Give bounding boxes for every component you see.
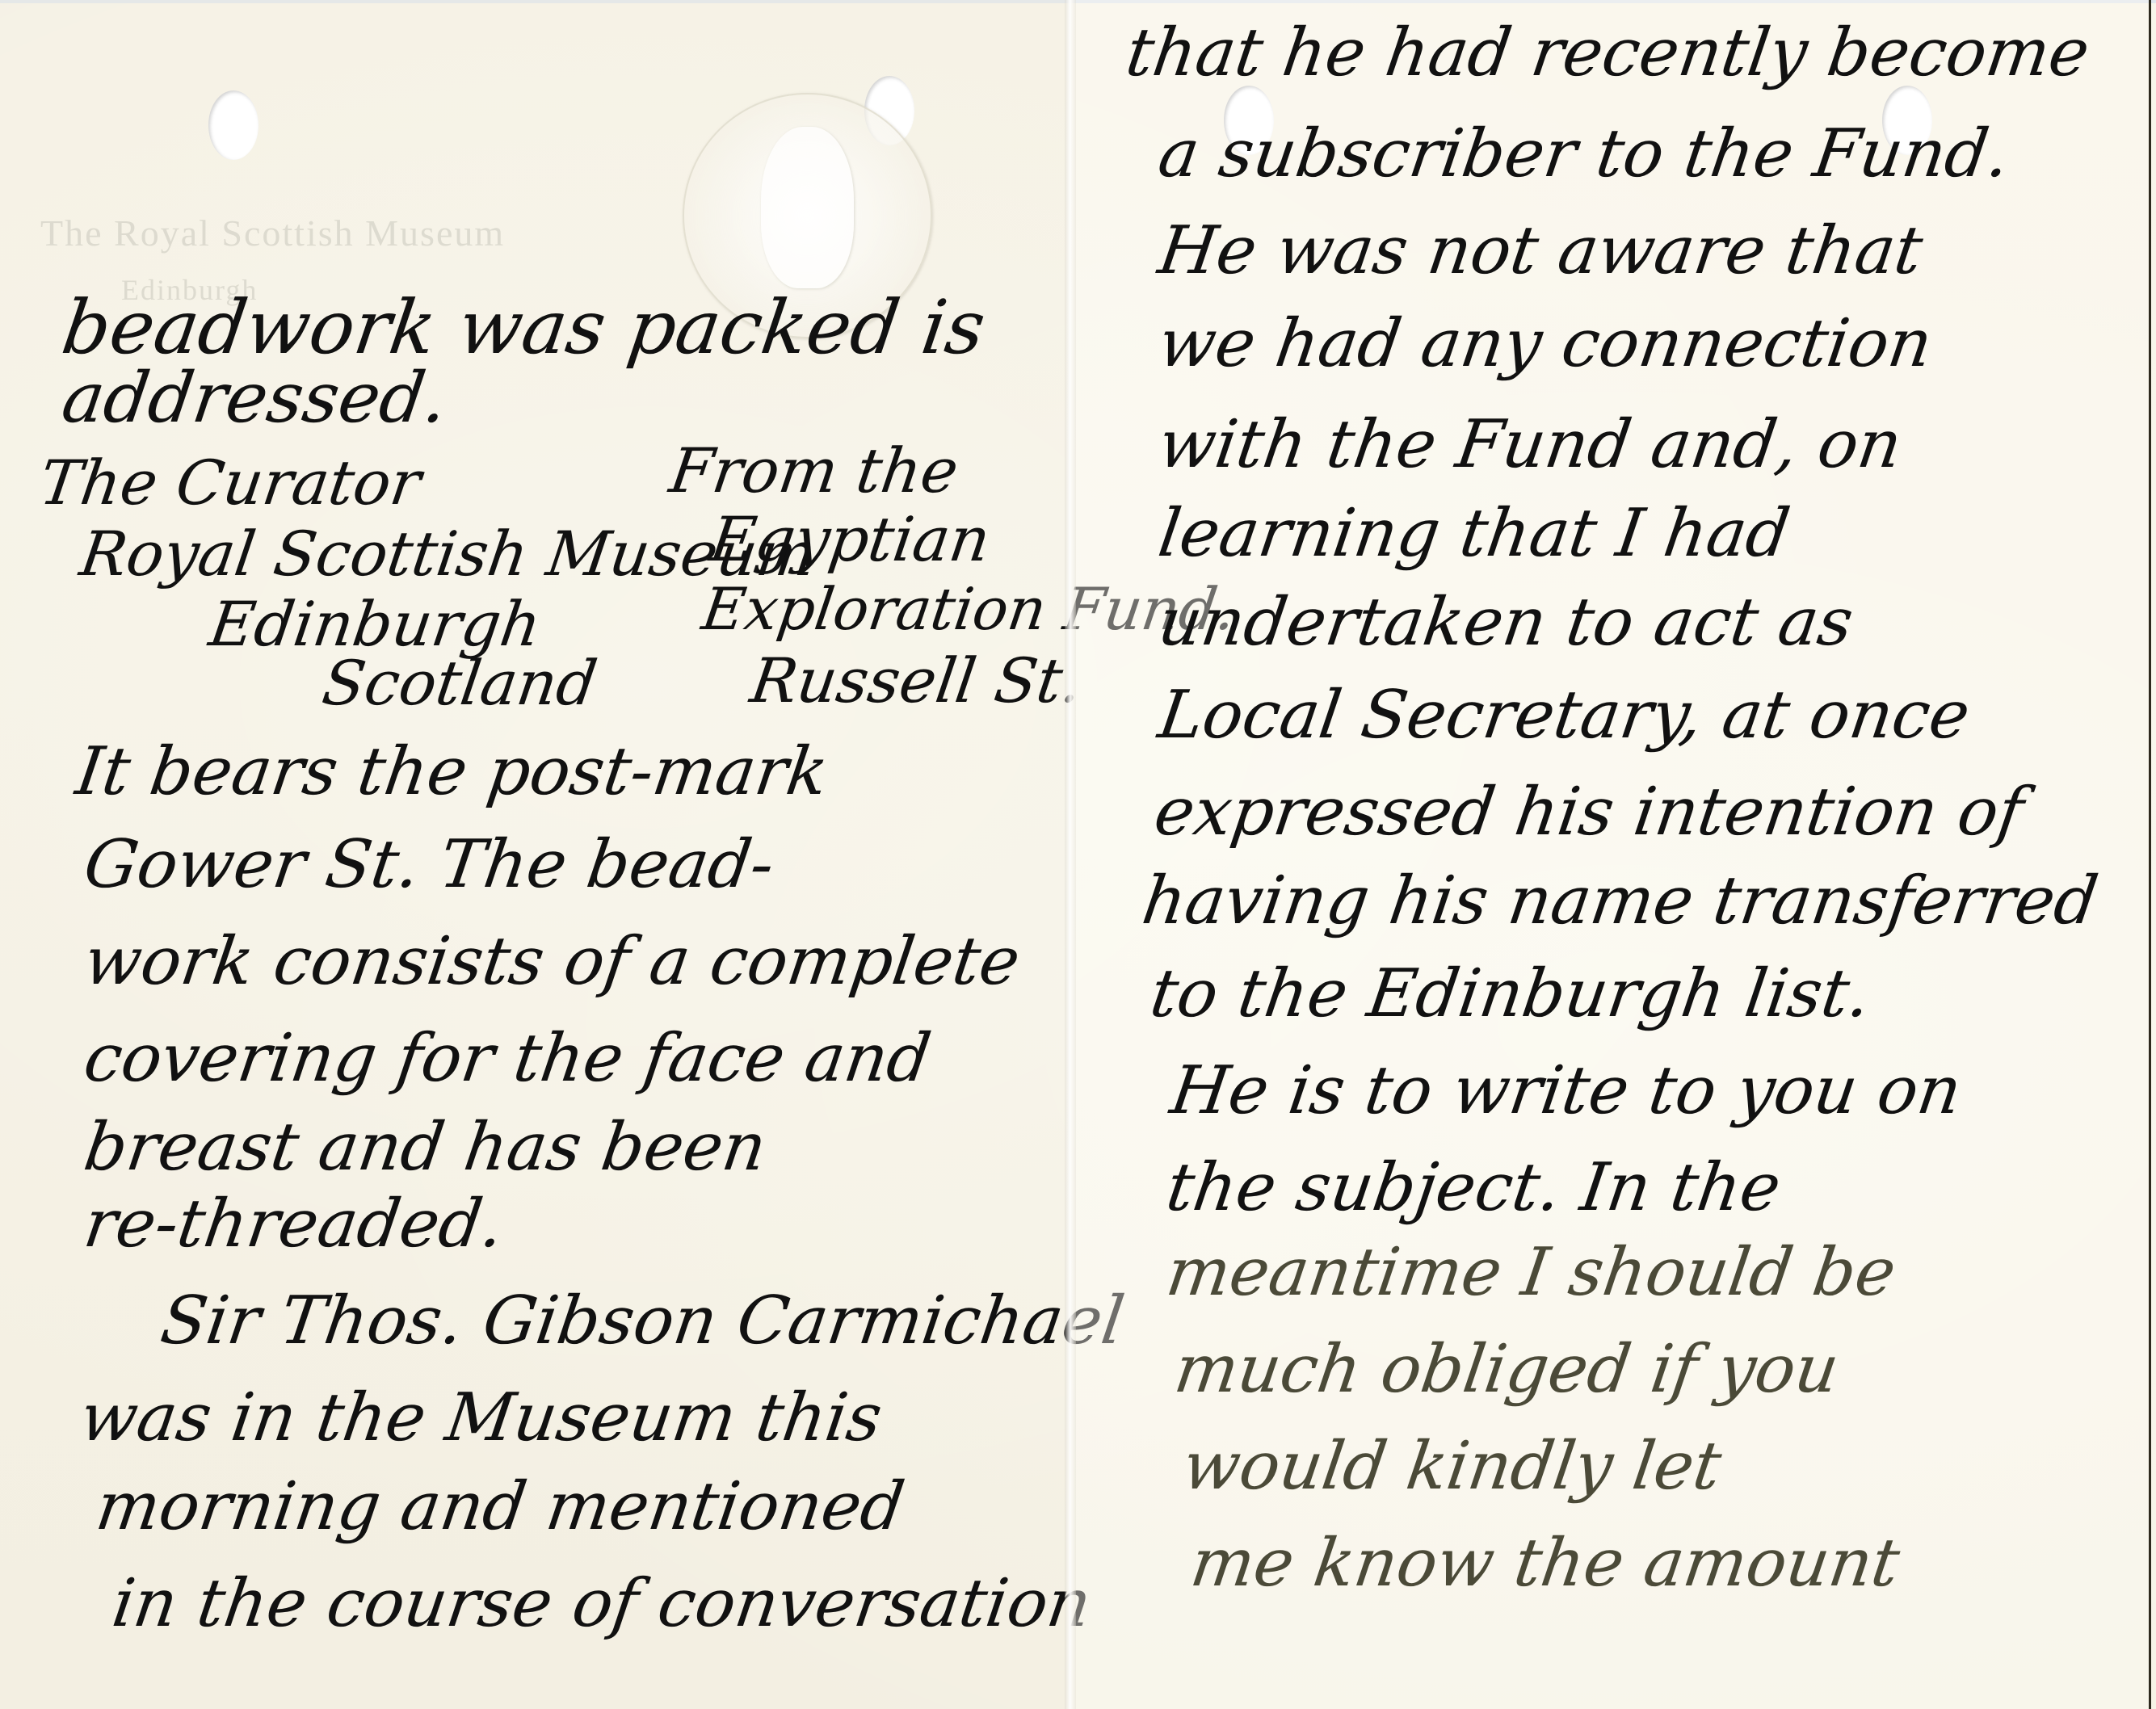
address-from-line: Russell St. <box>747 650 1086 712</box>
address-to-line: Edinburgh <box>206 594 545 655</box>
body-line: expressed his intention of <box>1150 779 2027 846</box>
body-line: Sir Thos. Gibson Carmichael <box>157 1288 1128 1354</box>
body-line: He was not aware that <box>1154 218 1926 284</box>
address-from-line: Egyptian <box>707 509 994 570</box>
body-line: to the Edinburgh list. <box>1146 961 1874 1027</box>
letterhead-title: The Royal Scottish Museum <box>40 212 505 254</box>
body-line: much obliged if you <box>1170 1337 1843 1403</box>
handwritten-line: beadwork was packed is <box>58 291 990 365</box>
address-to-line: Scotland <box>319 653 601 714</box>
body-line: re-threaded. <box>80 1191 507 1258</box>
handwritten-line: addressed. <box>58 363 452 433</box>
body-line: having his name transferred <box>1138 868 2102 934</box>
body-line: meantime I should be <box>1162 1240 1899 1306</box>
body-line: a subscriber to the Fund. <box>1154 121 2013 187</box>
body-line: the subject. In the <box>1162 1155 1784 1221</box>
punch-hole-icon <box>208 90 258 160</box>
body-line: that he had recently become <box>1122 20 2093 86</box>
address-from-line: From the <box>666 440 962 502</box>
coat-of-arms-icon <box>761 127 854 288</box>
right-page: that he had recently become a subscriber… <box>1070 0 2149 1709</box>
body-line: was in the Museum this <box>76 1385 885 1451</box>
body-line: Gower St. The bead- <box>80 832 778 898</box>
body-line: we had any connection <box>1154 311 1935 377</box>
body-line: learning that I had <box>1154 501 1793 567</box>
page-right-edge <box>2149 0 2151 1709</box>
body-line: me know the amount <box>1187 1531 1903 1597</box>
body-line: work consists of a complete <box>80 929 1023 995</box>
body-line: morning and mentioned <box>92 1474 908 1540</box>
body-line: would kindly let <box>1179 1434 1725 1500</box>
body-line: in the course of conversation <box>108 1571 1095 1637</box>
body-line: It bears the post-mark <box>72 739 832 805</box>
body-line: breast and has been <box>80 1115 770 1181</box>
body-line: undertaken to act as <box>1154 590 1856 656</box>
left-page: The Royal Scottish Museum Edinburgh bead… <box>0 0 1070 1709</box>
body-line: covering for the face and <box>80 1026 935 1092</box>
body-line: Local Secretary, at once <box>1154 682 1973 749</box>
body-line: He is to write to you on <box>1166 1058 1965 1124</box>
address-to-line: The Curator <box>36 452 425 514</box>
letter-spread: The Royal Scottish Museum Edinburgh bead… <box>0 0 2156 1709</box>
body-line: with the Fund and, on <box>1154 412 1906 478</box>
